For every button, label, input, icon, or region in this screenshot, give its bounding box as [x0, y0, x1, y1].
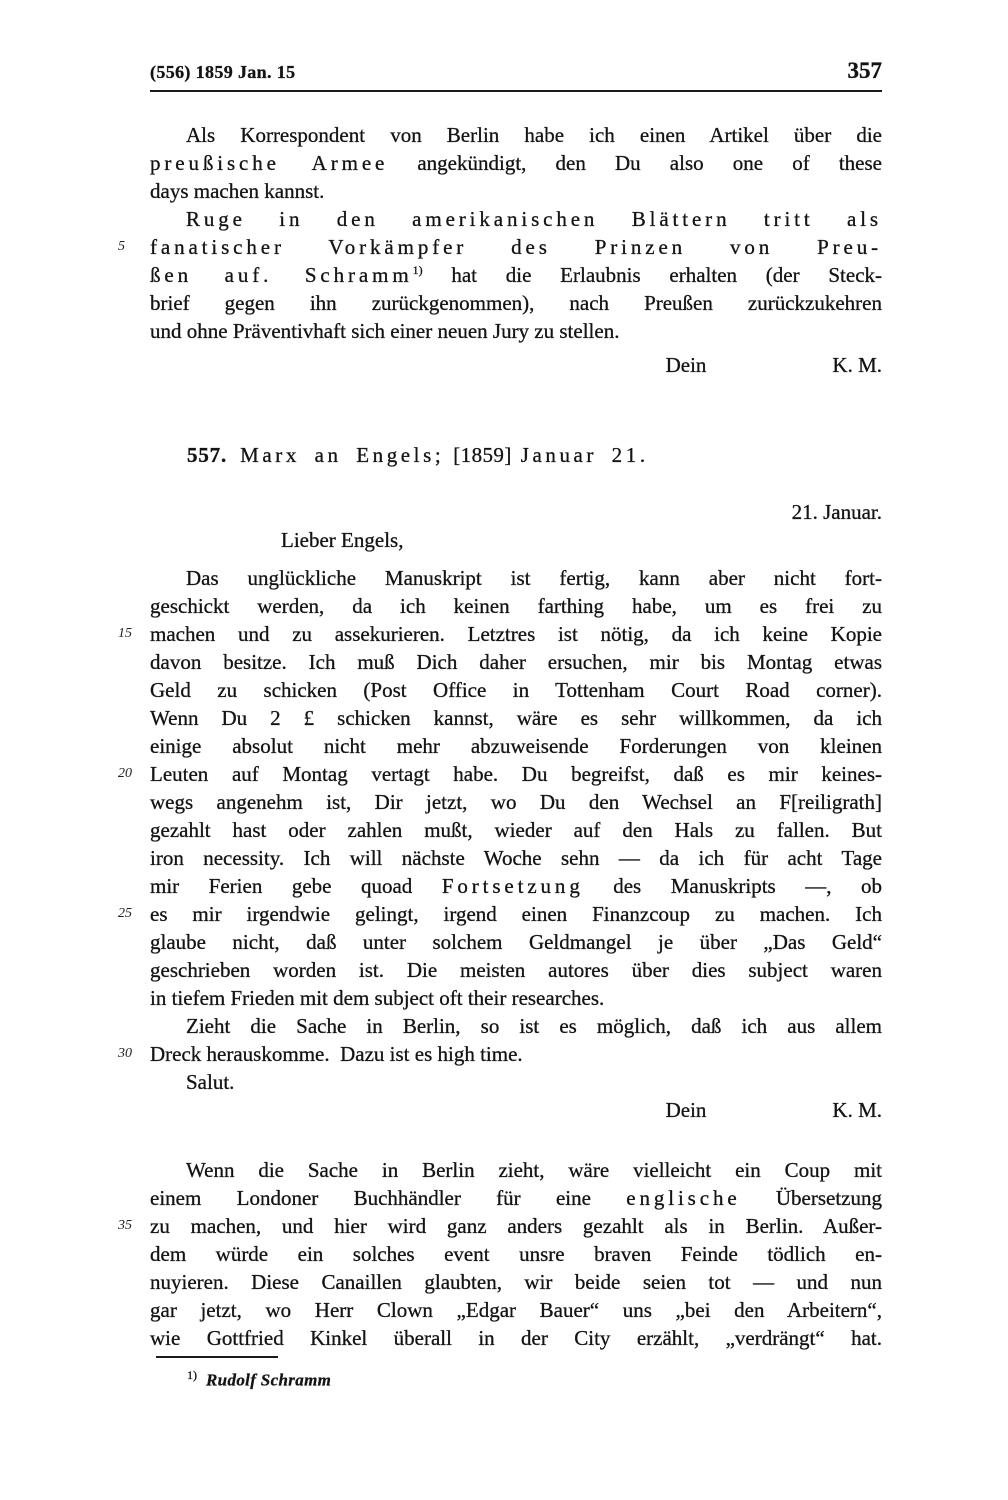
letter-557-postscript: Wenn die Sache in Berlin zieht, wäre vie…	[150, 1156, 882, 1352]
line-text: Wenn Du 2 £ schicken kannst, wäre es seh…	[150, 706, 882, 730]
margin-line-number: 30	[118, 1040, 143, 1068]
footnote-reference-marker: 1)	[413, 263, 423, 277]
line-text: geschrieben worden ist. Die meisten auto…	[150, 958, 882, 982]
footnote-marker: 1)	[187, 1368, 197, 1382]
line-text: und ohne Präventivhaft sich einer neuen …	[150, 319, 619, 343]
text-line: Geld zu schicken (Post Office in Tottenh…	[150, 676, 882, 704]
spaced-emphasis: fanatischer Vorkämpfer des Prinzen von P…	[150, 235, 882, 259]
signature-initials: K. M.	[832, 1096, 882, 1124]
line-text: zu machen, und hier wird ganz anders gez…	[150, 1214, 882, 1238]
spaced-emphasis: englische	[626, 1186, 740, 1210]
line-text: brief gegen ihn zurückgenommen), nach Pr…	[150, 291, 882, 315]
line-text: in tiefem Frieden mit dem subject oft th…	[150, 986, 604, 1010]
line-text: des Manuskripts —, ob	[584, 874, 882, 898]
text-line: in tiefem Frieden mit dem subject oft th…	[150, 984, 882, 1012]
line-text: Salut.	[186, 1070, 234, 1094]
letter-number: 557.	[187, 443, 227, 467]
line-text: angekündigt, den Du also one of these	[388, 151, 882, 175]
book-page: (556) 1859 Jan. 15 357 Als Korrespondent…	[0, 0, 1008, 1500]
heading-year: [1859]	[453, 443, 512, 467]
signature-dein: Dein	[666, 1096, 707, 1124]
page-number: 357	[848, 58, 883, 84]
text-line: davon besitze. Ich muß Dich daher ersuch…	[150, 648, 882, 676]
text-line: Wenn Du 2 £ schicken kannst, wäre es seh…	[150, 704, 882, 732]
line-text: hat die Erlaubnis erhalten (der Steck-	[423, 263, 882, 287]
text-line: iron necessity. Ich will nächste Woche s…	[150, 844, 882, 872]
margin-line-number: 15	[118, 620, 143, 648]
footnote: 1)Rudolf Schramm	[150, 1362, 882, 1388]
line-text: wie Gottfried Kinkel überall in der City…	[150, 1326, 882, 1350]
margin-line-number: 35	[118, 1212, 143, 1240]
spaced-emphasis: Fortsetzung	[442, 874, 584, 898]
letter-557-signature: Dein K. M.	[150, 1096, 882, 1124]
letter-557-body: Das unglückliche Manuskript ist fertig, …	[150, 564, 882, 1096]
text-line: gezahlt hast oder zahlen mußt, wieder au…	[150, 816, 882, 844]
letter-dateline: 21. Januar.	[150, 498, 915, 526]
text-line: brief gegen ihn zurückgenommen), nach Pr…	[150, 289, 882, 317]
heading-date: Januar 21.	[521, 443, 649, 467]
text-line: und ohne Präventivhaft sich einer neuen …	[150, 317, 882, 345]
footnote-separator-rule	[156, 1356, 278, 1358]
line-text: gezahlt hast oder zahlen mußt, wieder au…	[150, 818, 882, 842]
text-line: 15 machen und zu assekurieren. Letztres …	[150, 620, 882, 648]
letter-557-heading: 557.Marx an Engels;[1859]Januar 21.	[150, 441, 919, 469]
line-text: iron necessity. Ich will nächste Woche s…	[150, 846, 882, 870]
margin-line-number: 5	[118, 233, 143, 261]
line-text: mir Ferien gebe quoad	[150, 874, 442, 898]
margin-line-number: 25	[118, 900, 143, 928]
line-text: days machen kannst.	[150, 179, 324, 203]
line-text: glaube nicht, daß unter solchem Geldmang…	[150, 930, 882, 954]
line-text: einem Londoner Buchhändler für eine	[150, 1186, 626, 1210]
line-text: einige absolut nicht mehr abzuweisende F…	[150, 734, 882, 758]
spaced-emphasis: preußische Armee	[150, 151, 388, 175]
letter-556-signature: Dein K. M.	[150, 351, 882, 379]
text-line: wie Gottfried Kinkel überall in der City…	[150, 1324, 882, 1352]
line-text: Wenn die Sache in Berlin zieht, wäre vie…	[186, 1158, 882, 1182]
text-line: Als Korrespondent von Berlin habe ich ei…	[150, 121, 882, 149]
text-line: Salut.	[150, 1068, 882, 1096]
line-text: Das unglückliche Manuskript ist fertig, …	[186, 566, 882, 590]
signature-initials: K. M.	[832, 351, 882, 379]
text-line: 20 Leuten auf Montag vertagt habe. Du be…	[150, 760, 882, 788]
text-line: mir Ferien gebe quoad Fortsetzung des Ma…	[150, 872, 882, 900]
line-text: nuyieren. Diese Canaillen glaubten, wir …	[150, 1270, 882, 1294]
text-line: glaube nicht, daß unter solchem Geldmang…	[150, 928, 882, 956]
line-text: Dreck herauskomme. Dazu ist es high time…	[150, 1042, 523, 1066]
text-line: nuyieren. Diese Canaillen glaubten, wir …	[150, 1268, 882, 1296]
text-line: Zieht die Sache in Berlin, so ist es mög…	[150, 1012, 882, 1040]
text-line: preußische Armee angekündigt, den Du als…	[150, 149, 882, 177]
text-line: einem Londoner Buchhändler für eine engl…	[150, 1184, 882, 1212]
line-text: dem würde ein solches event unsre braven…	[150, 1242, 882, 1266]
line-text: davon besitze. Ich muß Dich daher ersuch…	[150, 650, 882, 674]
margin-line-number: 20	[118, 760, 143, 788]
running-head-left: (556) 1859 Jan. 15	[150, 59, 295, 85]
line-text: Übersetzung	[741, 1186, 882, 1210]
running-head: (556) 1859 Jan. 15 357	[150, 58, 882, 92]
spaced-emphasis: Ruge in den amerikanischen Blättern trit…	[186, 207, 882, 231]
line-text: Leuten auf Montag vertagt habe. Du begre…	[150, 762, 882, 786]
text-line: 5 fanatischer Vorkämpfer des Prinzen von…	[150, 233, 882, 261]
text-line: Das unglückliche Manuskript ist fertig, …	[150, 564, 882, 592]
text-line: days machen kannst.	[150, 177, 882, 205]
line-text: es mir irgendwie gelingt, irgend einen F…	[150, 902, 882, 926]
text-line: 25 es mir irgendwie gelingt, irgend eine…	[150, 900, 882, 928]
letter-salutation: Lieber Engels,	[150, 526, 1008, 554]
text-line: geschrieben worden ist. Die meisten auto…	[150, 956, 882, 984]
heading-title: Marx an Engels;	[240, 443, 444, 467]
line-text: wegs angenehm ist, Dir jetzt, wo Du den …	[150, 790, 882, 814]
text-line: dem würde ein solches event unsre braven…	[150, 1240, 882, 1268]
line-text: Zieht die Sache in Berlin, so ist es mög…	[186, 1014, 882, 1038]
text-line: wegs angenehm ist, Dir jetzt, wo Du den …	[150, 788, 882, 816]
text-line: 35 zu machen, und hier wird ganz anders …	[150, 1212, 882, 1240]
text-line: Ruge in den amerikanischen Blättern trit…	[150, 205, 882, 233]
line-text: geschickt werden, da ich keinen farthing…	[150, 594, 882, 618]
text-line: einige absolut nicht mehr abzuweisende F…	[150, 732, 882, 760]
line-text: machen und zu assekurieren. Letztres ist…	[150, 622, 882, 646]
footnote-text: Rudolf Schramm	[206, 1371, 331, 1390]
line-text: gar jetzt, wo Herr Clown „Edgar Bauer“ u…	[150, 1298, 882, 1322]
signature-dein: Dein	[666, 351, 707, 379]
spaced-emphasis: ßen auf. Schramm	[150, 263, 413, 287]
letter-556-paragraph-2: Ruge in den amerikanischen Blättern trit…	[150, 205, 882, 345]
text-line: 30 Dreck herauskomme. Dazu ist es high t…	[150, 1040, 882, 1068]
text-line: geschickt werden, da ich keinen farthing…	[150, 592, 882, 620]
text-line: gar jetzt, wo Herr Clown „Edgar Bauer“ u…	[150, 1296, 882, 1324]
text-line: ßen auf. Schramm1) hat die Erlaubnis erh…	[150, 261, 882, 289]
text-line: Wenn die Sache in Berlin zieht, wäre vie…	[150, 1156, 882, 1184]
line-text: Geld zu schicken (Post Office in Tottenh…	[150, 678, 882, 702]
line-text: Als Korrespondent von Berlin habe ich ei…	[186, 123, 882, 147]
letter-556-paragraph-1: Als Korrespondent von Berlin habe ich ei…	[150, 121, 882, 205]
